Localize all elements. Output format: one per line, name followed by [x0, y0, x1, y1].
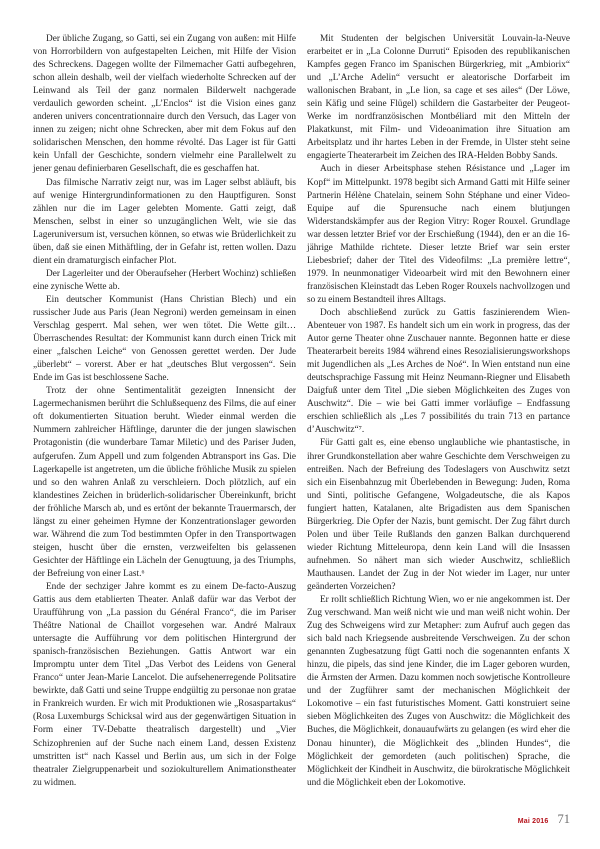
magazine-page: Der übliche Zugang, so Gatti, sei ein Zu… [0, 0, 600, 849]
issue-date-label: Mai 2016 [518, 818, 549, 825]
paragraph: Der übliche Zugang, so Gatti, sei ein Zu… [33, 33, 296, 177]
paragraph: Mit Studenten der belgischen Universität… [307, 33, 570, 163]
text-columns: Der übliche Zugang, so Gatti, sei ein Zu… [33, 33, 570, 790]
paragraph: Ende der sechziger Jahre kommt es zu ein… [33, 581, 296, 790]
paragraph: Der Lagerleiter und der Oberaufseher (He… [33, 268, 296, 294]
paragraph: Ein deutscher Kommunist (Hans Christian … [33, 294, 296, 385]
paragraph: Auch in dieser Arbeitsphase stehen Résis… [307, 163, 570, 307]
paragraph: Das filmische Narrativ zeigt nur, was im… [33, 177, 296, 268]
left-column: Der übliche Zugang, so Gatti, sei ein Zu… [33, 33, 296, 790]
right-column: Mit Studenten der belgischen Universität… [307, 33, 570, 790]
paragraph: Er rollt schließlich Richtung Wien, wo e… [307, 594, 570, 790]
paragraph: Doch abschließend zurück zu Gattis faszi… [307, 307, 570, 437]
page-footer: Mai 2016 71 [518, 812, 570, 827]
paragraph: Trotz der ohne Sentimentalität gezeigten… [33, 385, 296, 581]
page-number: 71 [558, 812, 571, 827]
paragraph: Für Gatti galt es, eine ebenso unglaubli… [307, 437, 570, 594]
